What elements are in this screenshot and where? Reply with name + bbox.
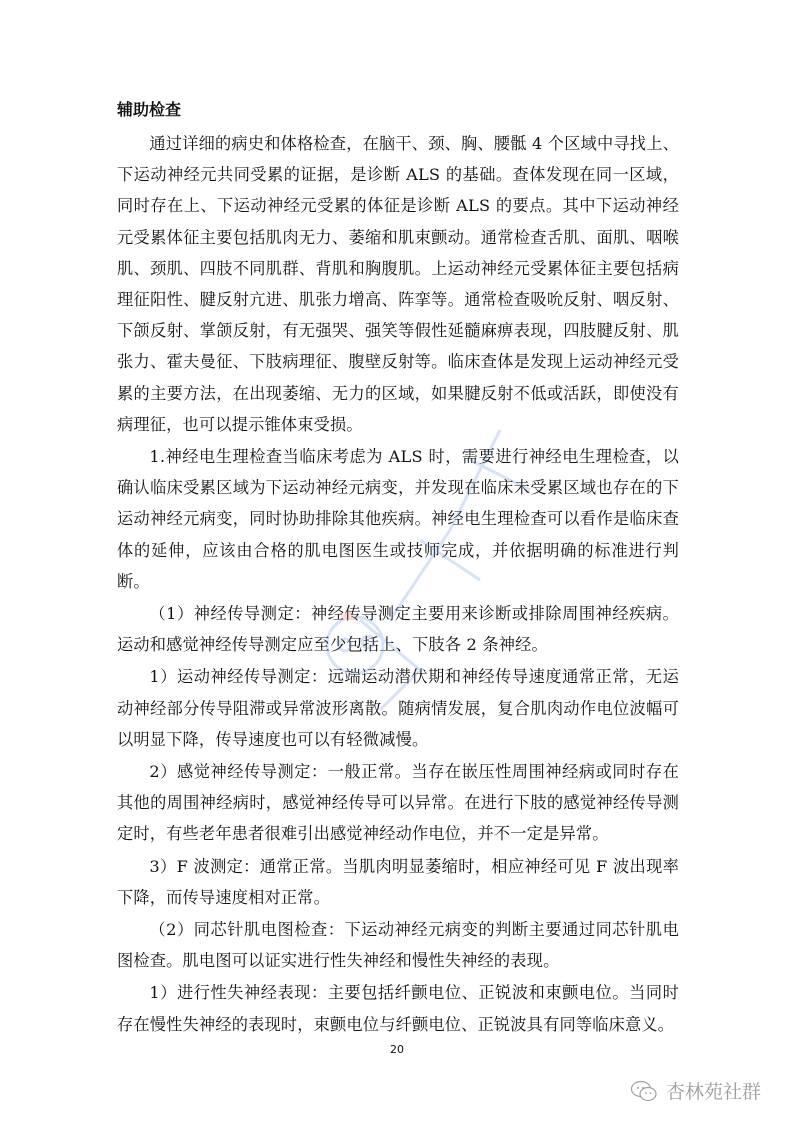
document-page: 辅助检查 通过详细的病史和体格检查，在脑干、颈、胸、腰骶 4 个区域中寻找上、下… <box>117 98 679 1041</box>
page-number: 20 <box>390 1043 404 1056</box>
paragraph-f-wave: 3）F 波测定：通常正常。当肌肉明显萎缩时，相应神经可见 F 波出现率下降，而传… <box>117 851 679 913</box>
wechat-icon <box>630 1080 658 1102</box>
section-heading: 辅助检查 <box>117 98 679 122</box>
paragraph-denervation: 1）进行性失神经表现：主要包括纤颤电位、正锐波和束颤电位。当同时存在慢性失神经的… <box>117 977 679 1039</box>
paragraph-electrophysiology: 1.神经电生理检查当临床考虑为 ALS 时，需要进行神经电生理检查，以确认临床受… <box>117 441 679 597</box>
paragraph-physical-exam: 通过详细的病史和体格检查，在脑干、颈、胸、腰骶 4 个区域中寻找上、下运动神经元… <box>117 128 679 440</box>
brand-watermark: 杏林苑社群 <box>630 1077 761 1104</box>
brand-name: 杏林苑社群 <box>666 1077 761 1104</box>
paragraph-motor-conduction: 1）运动神经传导测定：远端运动潜伏期和神经传导速度通常正常，无运动神经部分传导阻… <box>117 661 679 755</box>
paragraph-needle-emg: （2）同芯针肌电图检查：下运动神经元病变的判断主要通过同芯针肌电图检查。肌电图可… <box>117 914 679 976</box>
paragraph-sensory-conduction: 2）感觉神经传导测定：一般正常。当存在嵌压性周围神经病或同时存在其他的周围神经病… <box>117 756 679 850</box>
paragraph-nerve-conduction: （1）神经传导测定：神经传导测定主要用来诊断或排除周围神经疾病。运动和感觉神经传… <box>117 598 679 660</box>
